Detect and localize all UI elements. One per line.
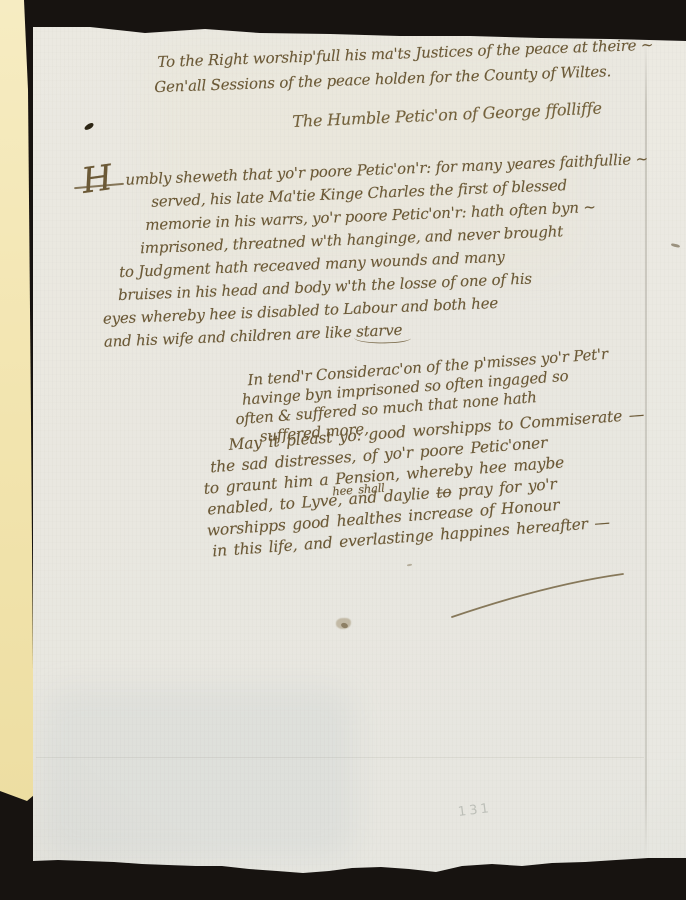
manuscript-page: To the Right worship'full his ma'ts Just… (0, 0, 686, 900)
manuscript-photograph: To the Right worship'full his ma'ts Just… (0, 0, 686, 900)
interlinear-insertion: hee shall (332, 478, 386, 503)
horizontal-crease (36, 757, 644, 758)
ink-speck (407, 564, 412, 567)
pen-flourish (445, 565, 645, 625)
folio-number: 131 (457, 801, 492, 820)
paper-tone-cool (42, 688, 354, 860)
ink-blot (83, 122, 94, 131)
underlined-word: starve (356, 321, 403, 341)
petition-body-block: umbly sheweth that yo'r poore Petic'on'r… (95, 148, 655, 354)
fold-light-band (647, 40, 686, 858)
struck-word: to (436, 483, 452, 502)
